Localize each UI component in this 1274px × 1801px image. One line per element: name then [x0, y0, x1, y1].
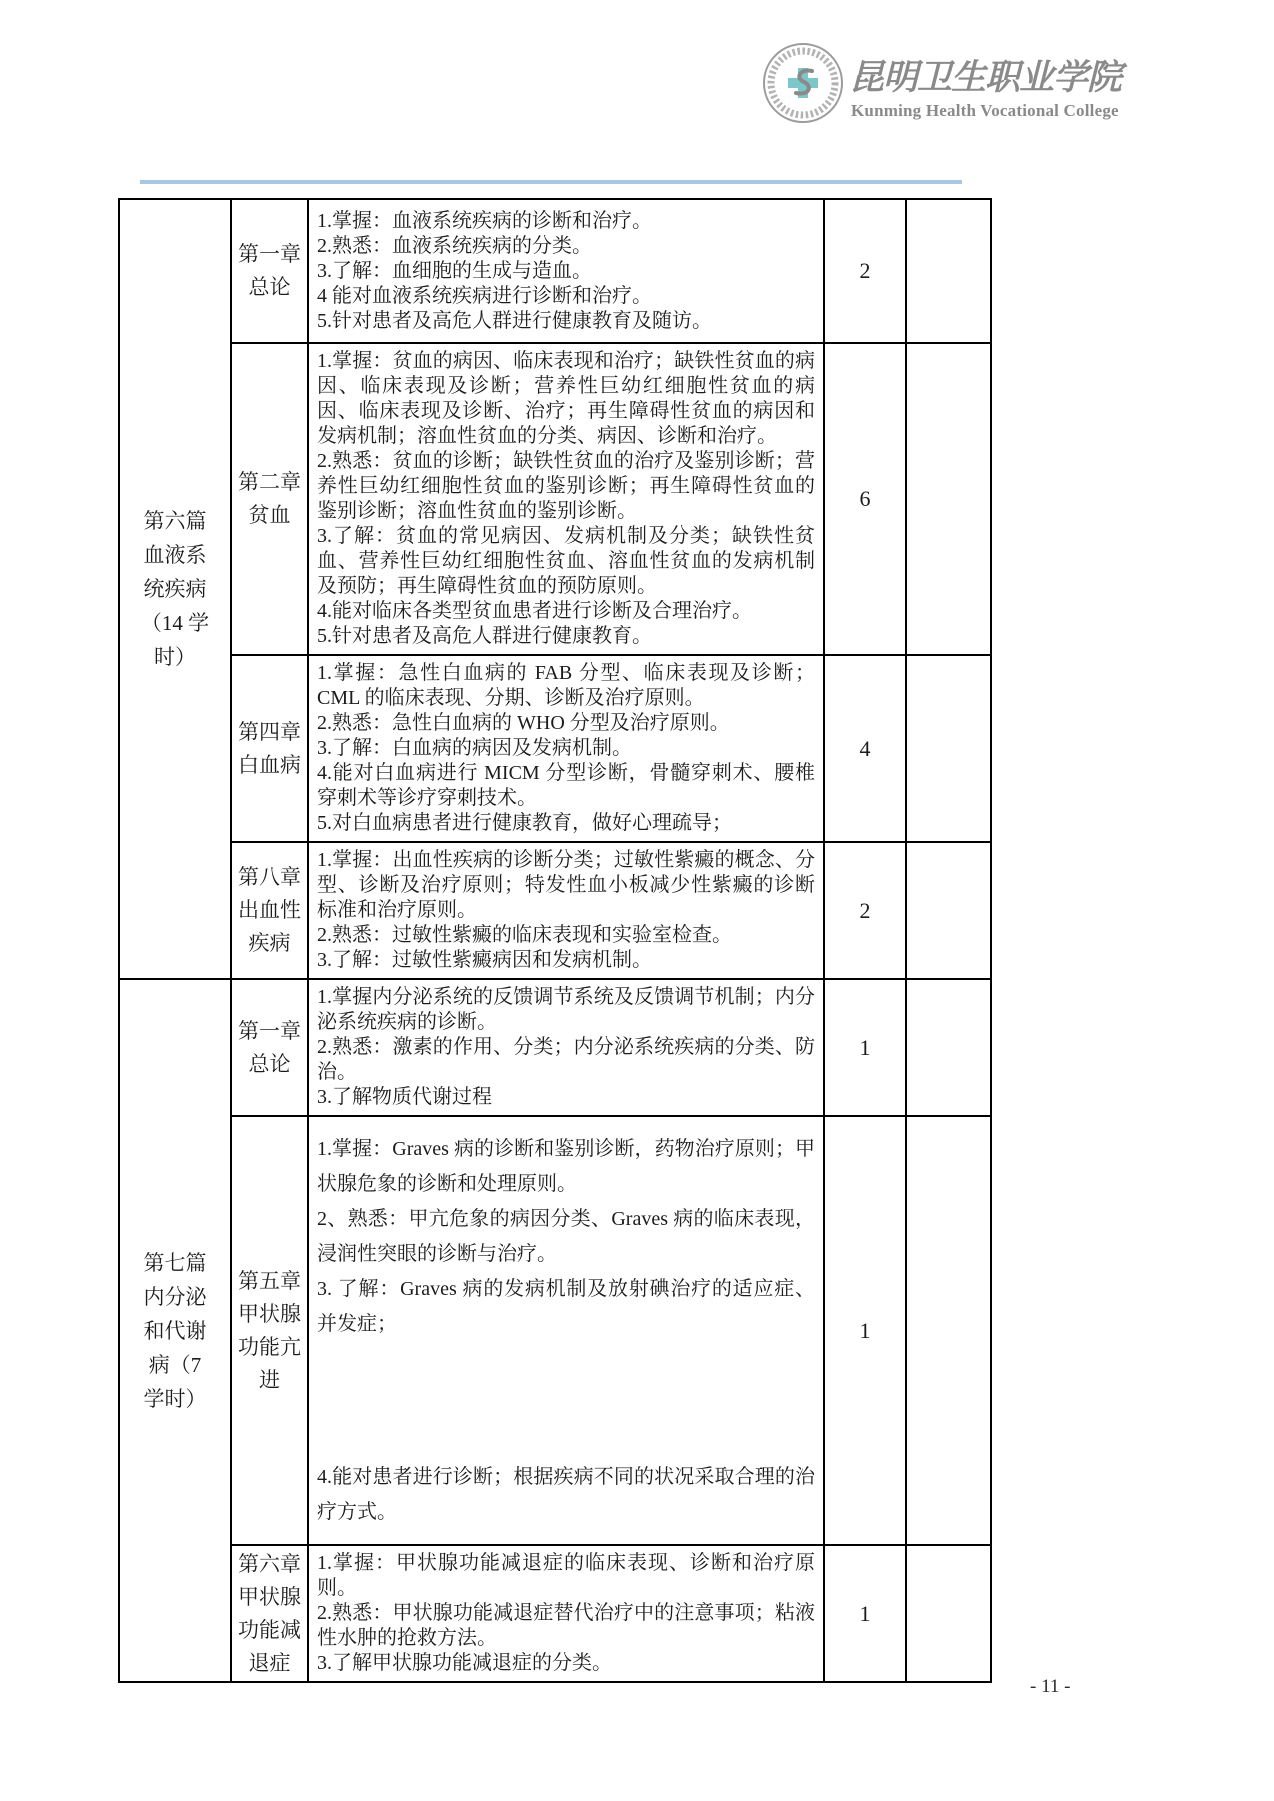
objective-item: 3.了解物质代谢过程 [317, 1085, 815, 1110]
document-page: 昆明卫生职业学院 Kunming Health Vocational Colle… [0, 0, 1274, 1801]
objective-item: 2.熟悉：血液系统疾病的分类。 [317, 234, 815, 259]
note-cell [906, 979, 991, 1116]
objective-item: 1.掌握：甲状腺功能减退症的临床表现、诊断和治疗原则。 [317, 1551, 815, 1601]
objective-item: 4 能对血液系统疾病进行诊断和治疗。 [317, 284, 815, 309]
objective-item: 3.了解：过敏性紫癜病因和发病机制。 [317, 948, 815, 973]
page-number: - 11 - [1030, 1676, 1070, 1698]
note-cell [906, 1545, 991, 1682]
table-row: 第八章 出血性疾病 1.掌握：出血性疾病的诊断分类；过敏性紫癜的概念、分型、诊断… [119, 842, 991, 979]
objectives-cell: 1.掌握：血液系统疾病的诊断和治疗。 2.熟悉：血液系统疾病的分类。 3.了解：… [308, 199, 824, 343]
objective-item: 1.掌握：出血性疾病的诊断分类；过敏性紫癜的概念、分型、诊断及治疗原则；特发性血… [317, 848, 815, 923]
college-name-en: Kunming Health Vocational College [851, 101, 1119, 121]
objective-item: 3. 了解：Graves 病的发病机制及放射碘治疗的适应症、并发症； [317, 1272, 815, 1342]
chapter-title: 第五章 甲状腺功能亢进 [237, 1265, 303, 1397]
objective-item: 3.了解：血细胞的生成与造血。 [317, 259, 815, 284]
objective-item: 2.熟悉：急性白血病的 WHO 分型及治疗原则。 [317, 711, 815, 736]
hours-cell: 6 [824, 343, 906, 655]
note-cell [906, 199, 991, 343]
hours-cell: 1 [824, 1116, 906, 1545]
objective-item: 2.熟悉：激素的作用、分类；内分泌系统疾病的分类、防治。 [317, 1035, 815, 1085]
objective-item: 4.能对白血病进行 MICM 分型诊断，骨髓穿刺术、腰椎穿刺术等诊疗穿刺技术。 [317, 761, 815, 811]
chapter-cell: 第五章 甲状腺功能亢进 [231, 1116, 308, 1545]
chapter-cell: 第一章 总论 [231, 199, 308, 343]
chapter-cell: 第四章 白血病 [231, 655, 308, 842]
chapter-title: 第八章 出血性疾病 [237, 861, 303, 960]
objective-item: 4.能对患者进行诊断；根据疾病不同的状况采取合理的治疗方式。 [317, 1460, 815, 1530]
table-row: 第二章 贫血 1.掌握：贫血的病因、临床表现和治疗；缺铁性贫血的病因、临床表现及… [119, 343, 991, 655]
table-row: 第六篇血液系统疾病（14 学时） 第一章 总论 1.掌握：血液系统疾病的诊断和治… [119, 199, 991, 343]
chapter-title: 第一章 总论 [237, 238, 303, 304]
objective-item: 5.针对患者及高危人群进行健康教育及随访。 [317, 309, 815, 334]
hours-cell: 4 [824, 655, 906, 842]
objective-item: 1.掌握：Graves 病的诊断和鉴别诊断，药物治疗原则；甲状腺危象的诊断和处理… [317, 1132, 815, 1202]
chapter-cell: 第二章 贫血 [231, 343, 308, 655]
chapter-title: 第四章 白血病 [237, 716, 303, 782]
note-cell [906, 842, 991, 979]
objective-item: 1.掌握：贫血的病因、临床表现和治疗；缺铁性贫血的病因、临床表现及诊断；营养性巨… [317, 349, 815, 449]
objective-item: 4.能对临床各类型贫血患者进行诊断及合理治疗。 [317, 599, 815, 624]
chapter-cell: 第六章 甲状腺功能减退症 [231, 1545, 308, 1682]
section-title: 第六篇血液系统疾病（14 学时） [139, 504, 211, 674]
table-row: 第五章 甲状腺功能亢进 1.掌握：Graves 病的诊断和鉴别诊断，药物治疗原则… [119, 1116, 991, 1545]
objective-item: 2.熟悉：过敏性紫癜的临床表现和实验室检查。 [317, 923, 815, 948]
objective-item: 3.了解：白血病的病因及发病机制。 [317, 736, 815, 761]
hours-cell: 1 [824, 979, 906, 1116]
chapter-title: 第六章 甲状腺功能减退症 [237, 1548, 303, 1680]
chapter-title: 第一章 总论 [237, 1015, 303, 1081]
chapter-title: 第二章 贫血 [237, 466, 303, 532]
hours-cell: 2 [824, 199, 906, 343]
table-row: 第四章 白血病 1.掌握：急性白血病的 FAB 分型、临床表现及诊断；CML 的… [119, 655, 991, 842]
chapter-cell: 第一章 总论 [231, 979, 308, 1116]
table-row: 第七篇内分泌和代谢病（7 学时） 第一章 总论 1.掌握内分泌系统的反馈调节系统… [119, 979, 991, 1116]
college-seal-logo [762, 42, 844, 124]
section-cell-blood: 第六篇血液系统疾病（14 学时） [119, 199, 231, 979]
objective-item: 1.掌握内分泌系统的反馈调节系统及反馈调节机制；内分泌系统疾病的诊断。 [317, 985, 815, 1035]
objective-item: 2、熟悉：甲亢危象的病因分类、Graves 病的临床表现，浸润性突眼的诊断与治疗… [317, 1202, 815, 1272]
objective-item: 3.了解：贫血的常见病因、发病机制及分类；缺铁性贫血、营养性巨幼红细胞性贫血、溶… [317, 524, 815, 599]
objectives-cell: 1.掌握内分泌系统的反馈调节系统及反馈调节机制；内分泌系统疾病的诊断。 2.熟悉… [308, 979, 824, 1116]
objectives-cell: 1.掌握：贫血的病因、临床表现和治疗；缺铁性贫血的病因、临床表现及诊断；营养性巨… [308, 343, 824, 655]
note-cell [906, 655, 991, 842]
header-divider [140, 180, 962, 184]
college-seal-icon [762, 42, 844, 124]
objectives-cell: 1.掌握：急性白血病的 FAB 分型、临床表现及诊断；CML 的临床表现、分期、… [308, 655, 824, 842]
objective-item: 5.针对患者及高危人群进行健康教育。 [317, 624, 815, 649]
objectives-cell: 1.掌握：出血性疾病的诊断分类；过敏性紫癜的概念、分型、诊断及治疗原则；特发性血… [308, 842, 824, 979]
college-name-zh: 昆明卫生职业学院 [849, 50, 1121, 100]
hours-cell: 1 [824, 1545, 906, 1682]
note-cell [906, 1116, 991, 1545]
syllabus-table: 第六篇血液系统疾病（14 学时） 第一章 总论 1.掌握：血液系统疾病的诊断和治… [118, 198, 992, 1683]
section-title: 第七篇内分泌和代谢病（7 学时） [139, 1246, 211, 1416]
chapter-cell: 第八章 出血性疾病 [231, 842, 308, 979]
objective-item: 2.熟悉：甲状腺功能减退症替代治疗中的注意事项；粘液性水肿的抢救方法。 [317, 1601, 815, 1651]
objectives-cell: 1.掌握：Graves 病的诊断和鉴别诊断，药物治疗原则；甲状腺危象的诊断和处理… [308, 1116, 824, 1545]
section-cell-endocrine: 第七篇内分泌和代谢病（7 学时） [119, 979, 231, 1682]
table-row: 第六章 甲状腺功能减退症 1.掌握：甲状腺功能减退症的临床表现、诊断和治疗原则。… [119, 1545, 991, 1682]
objective-item: 5.对白血病患者进行健康教育，做好心理疏导； [317, 811, 815, 836]
objectives-cell: 1.掌握：甲状腺功能减退症的临床表现、诊断和治疗原则。 2.熟悉：甲状腺功能减退… [308, 1545, 824, 1682]
objective-item: 1.掌握：血液系统疾病的诊断和治疗。 [317, 209, 815, 234]
note-cell [906, 343, 991, 655]
hours-cell: 2 [824, 842, 906, 979]
objective-item: 1.掌握：急性白血病的 FAB 分型、临床表现及诊断；CML 的临床表现、分期、… [317, 661, 815, 711]
objective-item: 3.了解甲状腺功能减退症的分类。 [317, 1651, 815, 1676]
objective-item: 2.熟悉：贫血的诊断；缺铁性贫血的治疗及鉴别诊断；营养性巨幼红细胞性贫血的鉴别诊… [317, 449, 815, 524]
